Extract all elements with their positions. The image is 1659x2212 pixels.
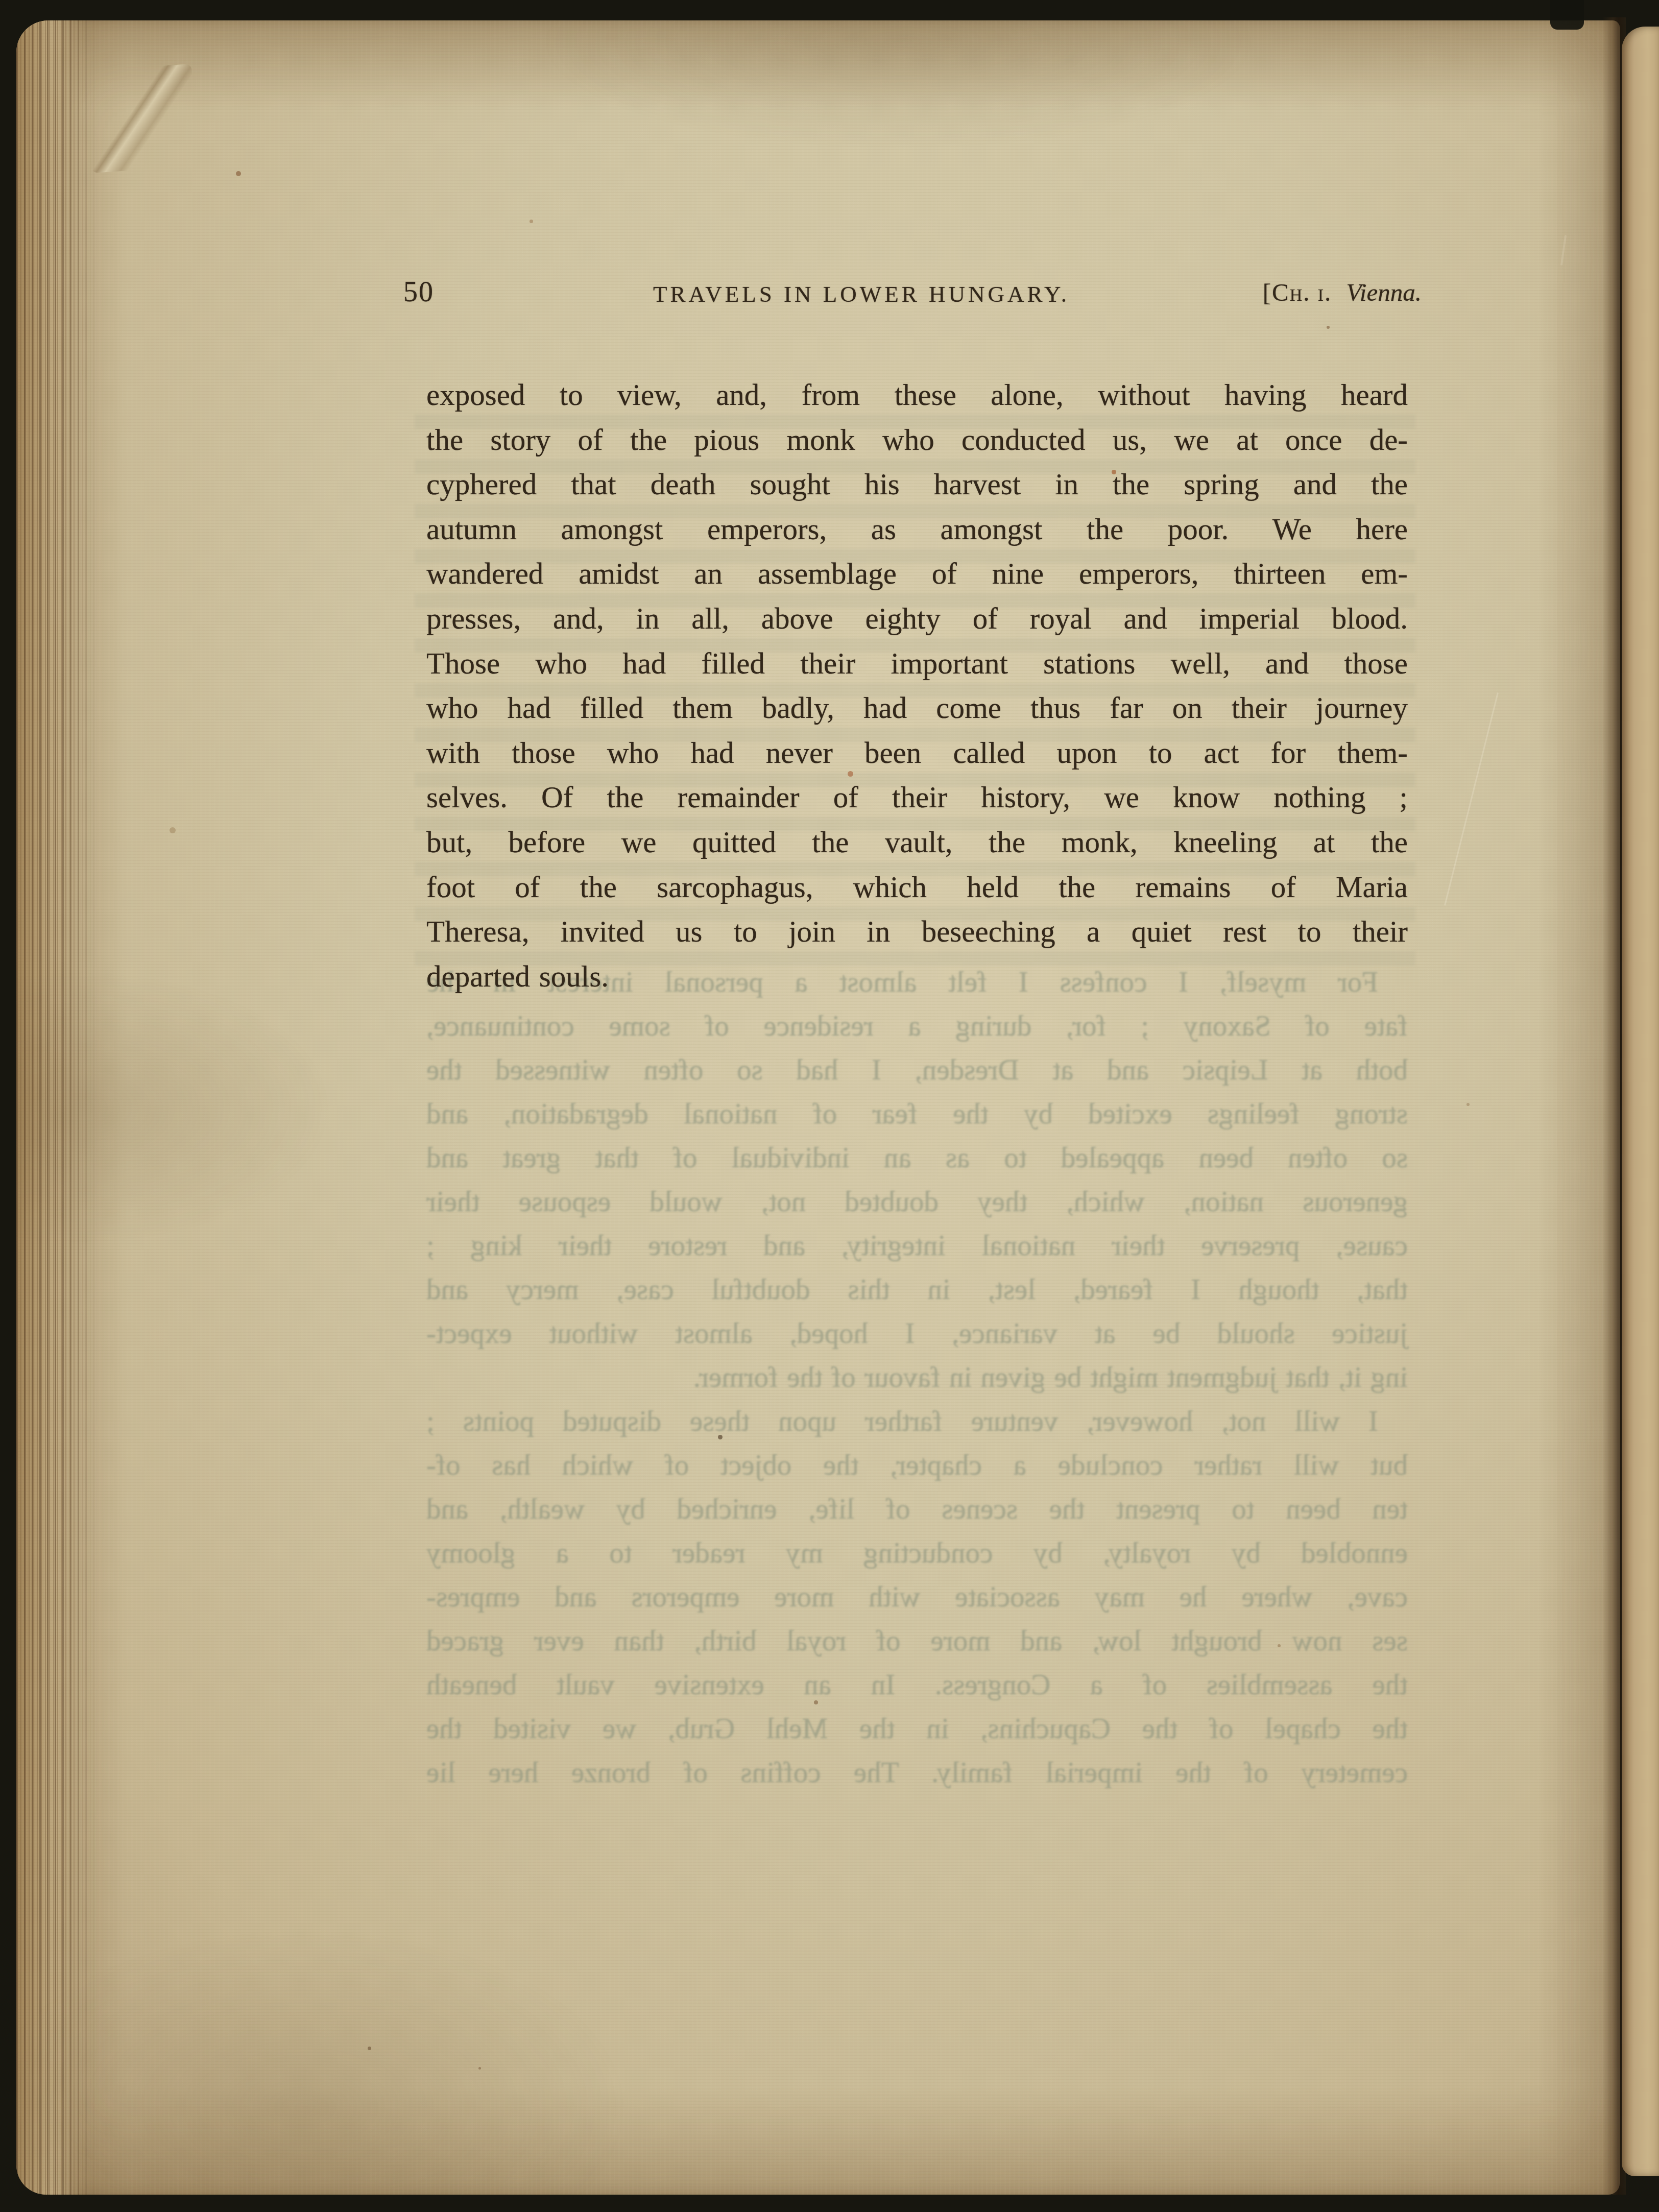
bleedthrough-line: cause, preserve their national integrity… <box>426 1224 1408 1268</box>
bleedthrough-line: I will not, however, venture farther upo… <box>426 1400 1408 1444</box>
bleedthrough-line: justice should be at variance, I hoped, … <box>426 1312 1408 1356</box>
text-line: the story of the pious monk who conducte… <box>426 418 1408 463</box>
text-line: Those who had filled their important sta… <box>426 641 1408 686</box>
text-line: exposed to view, and, from these alone, … <box>426 373 1408 418</box>
text-line: wandered amidst an assemblage of nine em… <box>426 551 1408 596</box>
bleedthrough-line: ing it, that judgment might be given in … <box>426 1356 1408 1400</box>
adjacent-page-edge <box>1622 27 1659 2176</box>
text-line: Theresa, invited us to join in beseechin… <box>426 909 1408 954</box>
book-page: 50 TRAVELS IN LOWER HUNGARY. [Ch. i. Vie… <box>16 20 1620 2195</box>
foxing-spot <box>1466 1103 1470 1106</box>
page-number: 50 <box>403 276 434 308</box>
text-line: but, before we quitted the vault, the mo… <box>426 820 1408 865</box>
foxing-spot <box>1278 1644 1281 1647</box>
chapter-label: [Ch. i. <box>1263 278 1332 306</box>
bleedthrough-line: the chapel of the Capuchins, in the Mehl… <box>426 1707 1408 1751</box>
foxing-spot <box>478 2067 481 2070</box>
bleedthrough-line: fate of Saxony ; for, during a residence… <box>426 1004 1408 1048</box>
foxing-spot <box>530 220 533 223</box>
text-line: departed souls. <box>426 954 1408 999</box>
bleedthrough-line: but will rather conclude a chapter, the … <box>426 1444 1408 1487</box>
bleedthrough-line: so often been appealed to as an individu… <box>426 1136 1408 1180</box>
main-paragraph: exposed to view, and, from these alone, … <box>426 373 1408 999</box>
foxing-spot <box>848 771 853 777</box>
scratch-mark <box>1444 692 1499 906</box>
text-line: autumn amongst emperors, as amongst the … <box>426 507 1408 552</box>
book-scan: 50 TRAVELS IN LOWER HUNGARY. [Ch. i. Vie… <box>0 0 1659 2212</box>
bleedthrough-line: generous nation, which, they doubted not… <box>426 1180 1408 1224</box>
bleedthrough-line: both at Leipsic and at Dresden, I had so… <box>426 1048 1408 1092</box>
text-line: selves. Of the remainder of their histor… <box>426 775 1408 820</box>
foxing-spot <box>814 1700 818 1704</box>
foxing-spot <box>718 1435 723 1439</box>
foxing-spot <box>1327 326 1330 329</box>
bleedthrough-line: cave, where he may associate with more e… <box>426 1575 1408 1619</box>
scratch-mark <box>1560 235 1567 266</box>
bleedthrough-line: that, though I feared, lest, in this dou… <box>426 1268 1408 1312</box>
bleedthrough-line: the assemblies of a Congress. In an exte… <box>426 1663 1408 1707</box>
bleedthrough-line: strong feelings excited by the fear of n… <box>426 1092 1408 1136</box>
bleedthrough-line: ses now brought low, and more of royal b… <box>426 1619 1408 1663</box>
bleedthrough-text: For myself, I confess I felt almost a pe… <box>426 960 1408 1795</box>
text-line: presses, and, in all, above eighty of ro… <box>426 596 1408 641</box>
stacked-page-edges <box>16 20 97 2195</box>
text-line: who had filled them badly, had come thus… <box>426 686 1408 731</box>
text-line: with those who had never been called upo… <box>426 731 1408 776</box>
binding-notch <box>1550 0 1584 30</box>
foxing-spot <box>170 827 176 833</box>
foxing-spot <box>236 171 241 176</box>
running-header: 50 TRAVELS IN LOWER HUNGARY. [Ch. i. Vie… <box>16 276 1620 317</box>
chapter-marker: [Ch. i. Vienna. <box>1263 278 1422 307</box>
bleedthrough-line: cemetery of the imperial family. The cof… <box>426 1751 1408 1795</box>
bleedthrough-line: ennobled by royalty, by conducting my re… <box>426 1531 1408 1575</box>
text-line: foot of the sarcophagus, which held the … <box>426 865 1408 910</box>
foxing-spot <box>368 2047 371 2050</box>
running-title: TRAVELS IN LOWER HUNGARY. <box>624 281 1099 307</box>
bleedthrough-line: ten been to present the scenes of life, … <box>426 1487 1408 1531</box>
text-line: cyphered that death sought his harvest i… <box>426 462 1408 507</box>
place-label: Vienna. <box>1347 278 1422 306</box>
dogear-crease <box>84 64 198 173</box>
foxing-spot <box>1112 470 1116 474</box>
